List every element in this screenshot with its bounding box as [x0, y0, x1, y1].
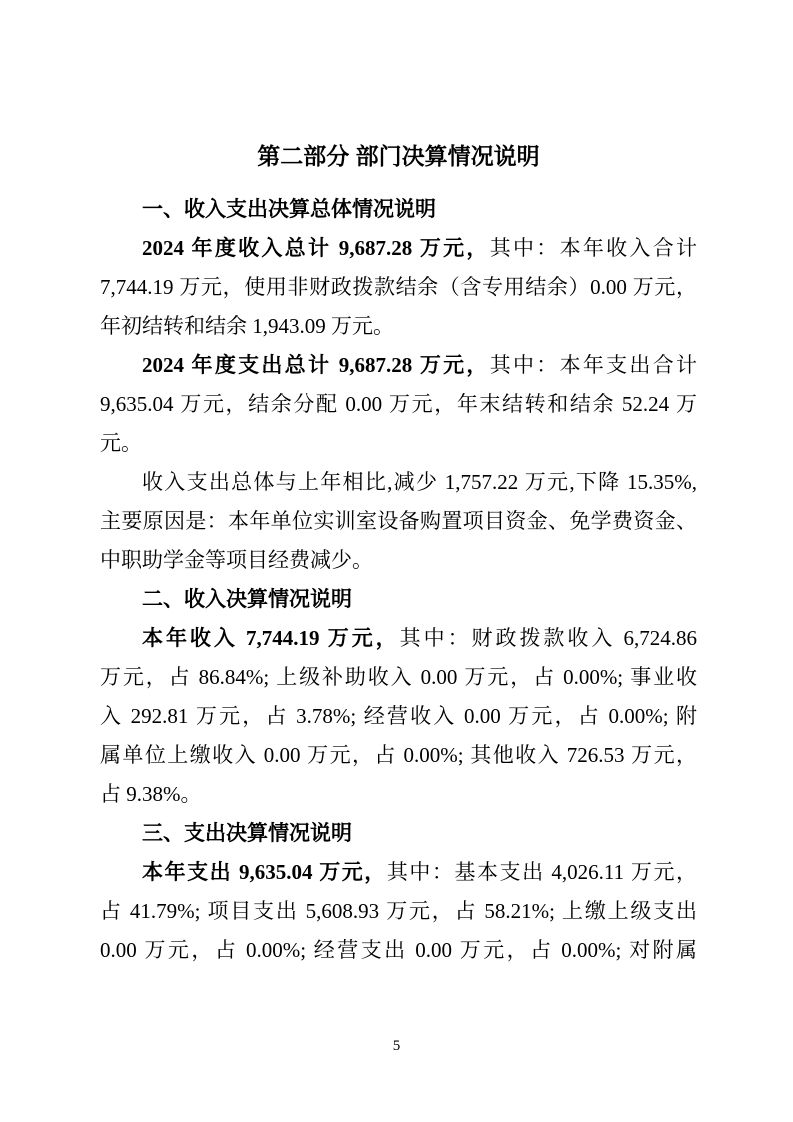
text-line: 7,744.19 万元，使用非财政拨款结余（含专用结余）0.00 万元，	[100, 268, 697, 307]
paragraph-lead: 2024 年度收入总计 9,687.28 万元，	[142, 236, 490, 260]
paragraph-text: 元。	[100, 431, 142, 455]
text-line: 占 9.38%。	[100, 775, 697, 814]
paragraph-text: 占 9.38%。	[100, 782, 202, 806]
page-number: 5	[0, 1037, 793, 1055]
paragraph-lead: 本年收入 7,744.19 万元，	[142, 626, 400, 650]
text-line: 2024 年度收入总计 9,687.28 万元，其中：本年收入合计	[100, 229, 697, 268]
text-line: 属单位上缴收入 0.00 万元，占 0.00%; 其他收入 726.53 万元，	[100, 736, 697, 775]
paragraph-text: 其中：基本支出 4,026.11 万元，	[387, 860, 697, 884]
paragraph-text: 其中：本年收入合计	[490, 236, 697, 260]
paragraph-text: 其中：财政拨款收入 6,724.86	[400, 626, 697, 650]
text-line: 中职助学金等项目经费减少。	[100, 541, 697, 580]
document-title: 第二部分 部门决算情况说明	[100, 141, 697, 172]
paragraph-text: 属单位上缴收入 0.00 万元，占 0.00%; 其他收入 726.53 万元，	[100, 743, 697, 767]
paragraph-text: 入 292.81 万元，占 3.78%; 经营收入 0.00 万元，占 0.00…	[100, 704, 697, 728]
paragraph-text: 收入支出总体与上年相比,减少 1,757.22 万元,下降 15.35%,	[142, 470, 697, 494]
paragraph-text: 主要原因是：本年单位实训室设备购置项目资金、免学费资金、	[100, 509, 697, 533]
text-line: 入 292.81 万元，占 3.78%; 经营收入 0.00 万元，占 0.00…	[100, 697, 697, 736]
text-line: 占 41.79%; 项目支出 5,608.93 万元，占 58.21%; 上缴上…	[100, 892, 697, 931]
text-line: 收入支出总体与上年相比,减少 1,757.22 万元,下降 15.35%,	[100, 463, 697, 502]
section-heading-1: 一、收入支出决算总体情况说明	[100, 190, 697, 229]
document-content: 第二部分 部门决算情况说明 一、收入支出决算总体情况说明 2024 年度收入总计…	[100, 141, 697, 970]
paragraph-lead: 2024 年度支出总计 9,687.28 万元，	[142, 353, 490, 377]
paragraph-text: 其中：本年支出合计	[490, 353, 697, 377]
text-line: 本年收入 7,744.19 万元，其中：财政拨款收入 6,724.86	[100, 619, 697, 658]
document-page: 第二部分 部门决算情况说明 一、收入支出决算总体情况说明 2024 年度收入总计…	[0, 0, 793, 1122]
paragraph-text: 万元，占 86.84%; 上级补助收入 0.00 万元，占 0.00%; 事业收	[100, 665, 697, 689]
section-heading-3: 三、支出决算情况说明	[100, 814, 697, 853]
paragraph-text: 9,635.04 万元，结余分配 0.00 万元，年末结转和结余 52.24 万	[100, 392, 697, 416]
paragraph-text: 0.00 万元，占 0.00%; 经营支出 0.00 万元，占 0.00%; 对…	[100, 938, 697, 962]
paragraph-lead: 本年支出 9,635.04 万元，	[142, 860, 387, 884]
text-line: 年初结转和结余 1,943.09 万元。	[100, 307, 697, 346]
text-line: 9,635.04 万元，结余分配 0.00 万元，年末结转和结余 52.24 万	[100, 385, 697, 424]
text-line: 2024 年度支出总计 9,687.28 万元，其中：本年支出合计	[100, 346, 697, 385]
text-line: 元。	[100, 424, 697, 463]
paragraph-text: 占 41.79%; 项目支出 5,608.93 万元，占 58.21%; 上缴上…	[100, 899, 697, 923]
paragraph-text: 年初结转和结余 1,943.09 万元。	[100, 314, 394, 338]
paragraph-text: 中职助学金等项目经费减少。	[100, 548, 373, 572]
section-heading-2: 二、收入决算情况说明	[100, 580, 697, 619]
text-line: 主要原因是：本年单位实训室设备购置项目资金、免学费资金、	[100, 502, 697, 541]
text-line: 万元，占 86.84%; 上级补助收入 0.00 万元，占 0.00%; 事业收	[100, 658, 697, 697]
paragraph-text: 7,744.19 万元，使用非财政拨款结余（含专用结余）0.00 万元，	[100, 275, 697, 299]
text-line: 本年支出 9,635.04 万元，其中：基本支出 4,026.11 万元，	[100, 853, 697, 892]
text-line: 0.00 万元，占 0.00%; 经营支出 0.00 万元，占 0.00%; 对…	[100, 931, 697, 970]
